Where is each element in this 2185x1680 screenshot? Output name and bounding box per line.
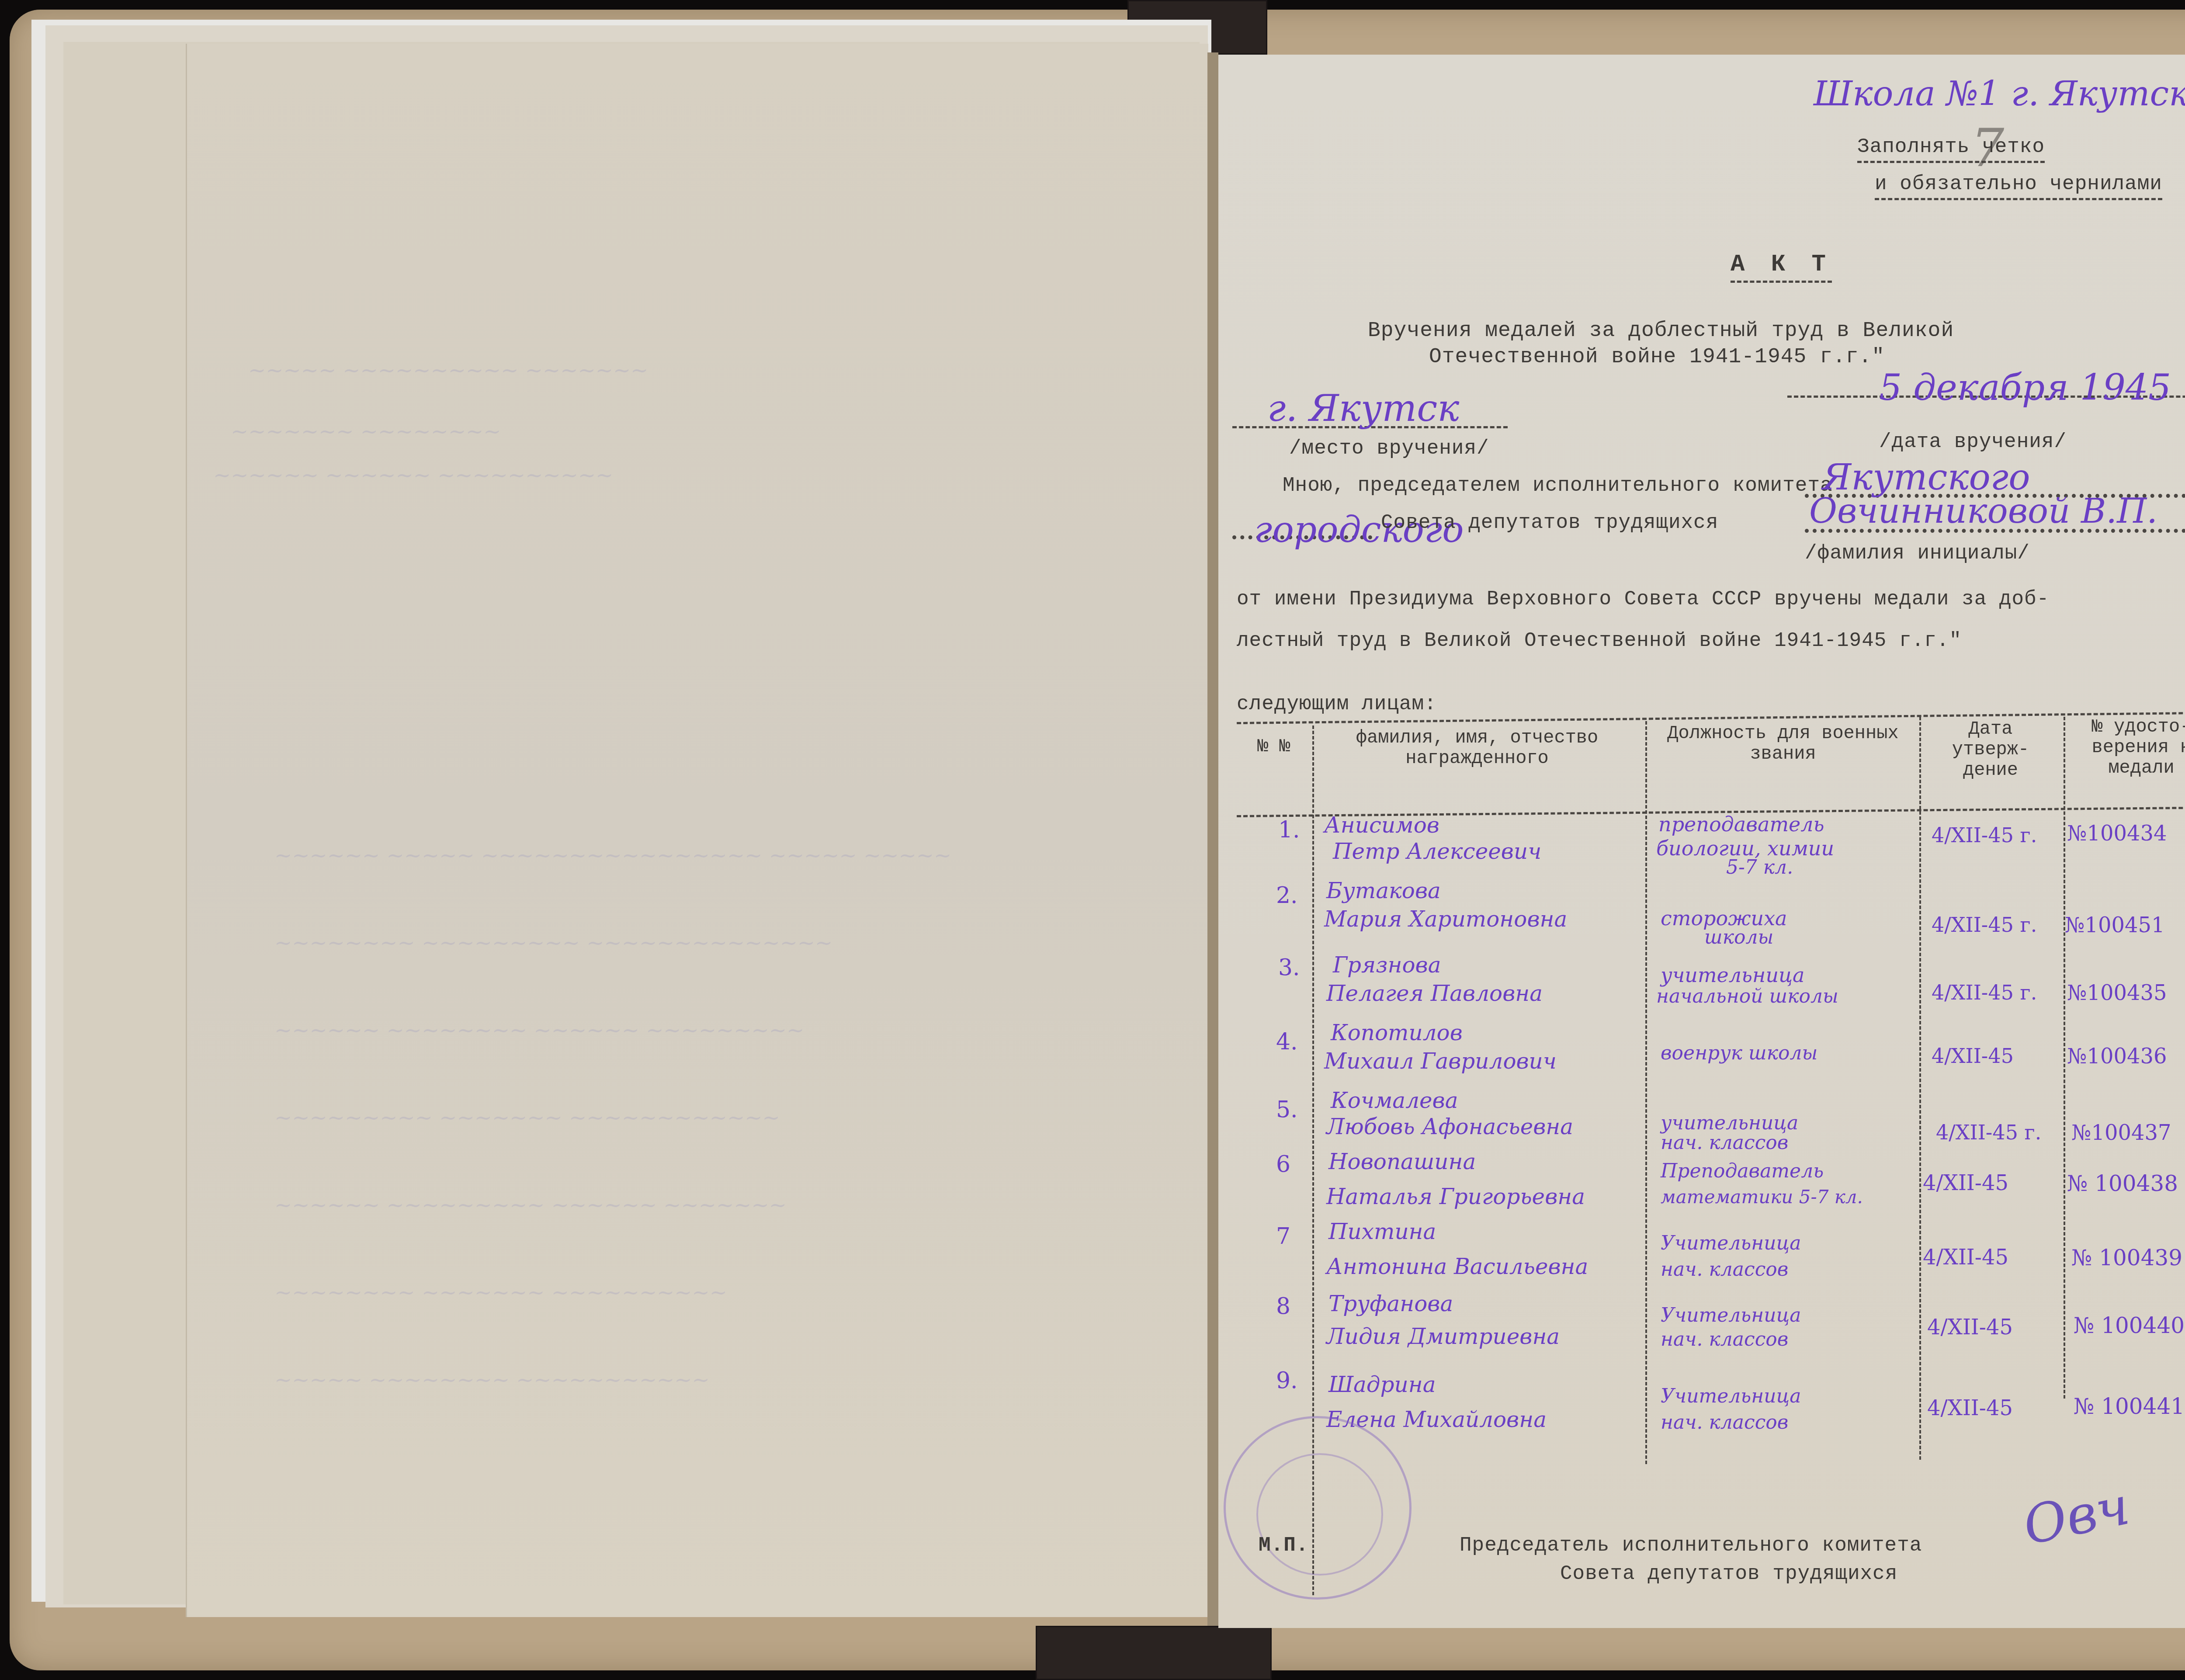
awardee-position: Учительница	[1661, 1385, 1801, 1408]
awardee-given-names: Наталья Григорьевна	[1326, 1184, 1585, 1210]
header-date: Дата утверж-дение	[1925, 719, 2056, 781]
signature-caption-line-2: Совета депутатов трудящихся	[1560, 1562, 1897, 1585]
header-certificate: № удосто-верения к медали	[2067, 717, 2185, 778]
row-number: 2.	[1276, 883, 1298, 909]
date-label: /дата вручения/	[1879, 430, 2067, 453]
seal-inner-ring	[1256, 1453, 1383, 1576]
approval-date: 4/XII-45	[1923, 1246, 2008, 1270]
awardee-surname: Новопашина	[1328, 1149, 1476, 1175]
awardee-position: нач. классов	[1661, 1259, 1788, 1281]
table-column-divider	[2064, 717, 2065, 1399]
bleed-through-text: ~~~~~~ ~~~~~ ~~~~~~~~~~~~~~~~ ~~~~~ ~~~~…	[274, 843, 951, 868]
approval-date: 4/XII-45 г.	[1932, 913, 2037, 937]
date-value: 5 декабря 1945 г.	[1879, 367, 2185, 409]
row-number: 5.	[1276, 1097, 1298, 1123]
awardee-position: Учительница	[1661, 1305, 1801, 1327]
awardee-given-names: Мария Харитоновна	[1324, 907, 1567, 932]
header-name: фамилия, имя, отчество награжденного	[1320, 728, 1634, 769]
awardee-position: математики 5-7 кл.	[1661, 1187, 1863, 1208]
seal-place-label: М.П.	[1259, 1534, 1308, 1557]
awardee-surname: Кочмалева	[1331, 1088, 1458, 1114]
awardee-position: нач. классов	[1661, 1132, 1788, 1154]
body-line-1: Мною, председателем исполнительного коми…	[1283, 474, 1833, 497]
bleed-through-text: ~~~~~~ ~~~~~~~~ ~~~~~~ ~~~~~~~~~	[274, 1018, 804, 1043]
instruction-line-1: Заполнять четко	[1857, 135, 2045, 163]
awardee-position: Учительница	[1661, 1232, 1801, 1255]
body-line-2: Совета депутатов трудящихся	[1381, 511, 1718, 534]
row-number: 6	[1276, 1152, 1290, 1178]
awardee-surname: Шадрина	[1328, 1372, 1436, 1398]
certificate-number: № 100441.	[2074, 1394, 2185, 1420]
row-number: 3.	[1278, 955, 1300, 981]
approval-date: 4/XII-45 г.	[1932, 981, 2037, 1004]
header-num: № №	[1241, 736, 1307, 757]
bleed-through-text: ~~~~~ ~~~~~~~~ ~~~~~~~~~~~	[274, 1368, 710, 1392]
awardee-position: учительница	[1661, 1112, 1798, 1135]
bleed-through-text: ~~~~~~~ ~~~~~~~~	[231, 420, 501, 444]
awardee-surname: Грязнова	[1333, 953, 1441, 978]
approval-date: 4/XII-45	[1923, 1171, 2008, 1195]
name-label: /фамилия инициалы/	[1805, 542, 2030, 565]
table-column-divider	[1645, 721, 1647, 1464]
awardee-position: учительница	[1661, 964, 1805, 987]
awardee-position: преподаватель	[1658, 813, 1824, 836]
subtitle-line-2: Отечественной войне 1941-1945 г.г."	[1429, 345, 1885, 369]
awardee-given-names: Пелагея Павловна	[1326, 981, 1543, 1007]
body-line-4: лестный труд в Великой Отечественной вой…	[1237, 629, 1962, 652]
instruction-line-2: и обязательно чернилами	[1875, 173, 2162, 200]
document-title: А К Т	[1731, 251, 1832, 283]
awardee-given-names: Михаил Гаврилович	[1324, 1049, 1557, 1074]
bleed-through-text: ~~~~~~ ~~~~~~~~~ ~~~~~~ ~~~~~~~	[274, 1193, 787, 1218]
awardee-position: начальной школы	[1656, 986, 1838, 1008]
awardee-position: Преподаватель	[1661, 1160, 1824, 1183]
body-line-3: от имени Президиума Верховного Совета СС…	[1237, 588, 2049, 611]
row-number: 9.	[1276, 1368, 1298, 1394]
bleed-through-text: ~~~~~~~~~ ~~~~~~~ ~~~~~~~~~~~~	[274, 1106, 780, 1130]
awardee-surname: Труфанова	[1328, 1291, 1453, 1317]
table-column-divider	[1919, 717, 1921, 1460]
certificate-number: №100451	[2065, 913, 2165, 937]
bleed-through-text: ~~~~~~~~ ~~~~~~~~~ ~~~~~~~~~~~~~~	[274, 931, 832, 955]
bleed-through-text: ~~~~~~ ~~~~~~ ~~~~~~~~~~	[213, 463, 613, 488]
approval-date: 4/XII-45 г.	[1936, 1121, 2041, 1144]
row-number: 1.	[1278, 817, 1300, 843]
awardee-given-names: Лидия Дмитриевна	[1326, 1324, 1560, 1350]
certificate-number: № 100438	[2067, 1171, 2178, 1197]
spine-strap-bottom	[1036, 1626, 1272, 1680]
awardee-position: школы	[1704, 927, 1773, 949]
awardee-surname: Копотилов	[1331, 1020, 1463, 1046]
awardee-given-names: Антонина Васильевна	[1326, 1254, 1588, 1280]
subtitle-line-1: Вручения медалей за доблестный труд в Ве…	[1368, 319, 1954, 343]
awardee-given-names: Любовь Афонасьевна	[1326, 1114, 1573, 1140]
awardee-position: 5-7 кл.	[1726, 857, 1793, 879]
awardee-surname: Бутакова	[1326, 878, 1441, 904]
place-label: /место вручения/	[1289, 437, 1489, 460]
awardee-position: нач. классов	[1661, 1412, 1788, 1434]
awardee-given-names: Петр Алексеевич	[1333, 839, 1541, 864]
bleed-through-text: ~~~~~ ~~~~~~~~~~ ~~~~~~~	[248, 358, 648, 383]
row-number: 4.	[1276, 1029, 1298, 1055]
certificate-number: № 100440	[2074, 1313, 2185, 1339]
place-value: г. Якутск	[1267, 387, 1459, 430]
approval-date: 4/XII-45	[1932, 1045, 2014, 1068]
awardee-position: военрук школы	[1661, 1042, 1817, 1065]
approval-date: 4/XII-45	[1927, 1396, 2013, 1420]
book-gutter	[1207, 52, 1218, 1626]
approval-date: 4/XII-45	[1927, 1316, 2013, 1340]
awardee-position: нач. классов	[1661, 1329, 1788, 1351]
header-position: Должность для военных звания	[1656, 723, 1910, 764]
signature-caption-line-1: Председатель исполнительного комитета	[1460, 1534, 1922, 1557]
row-number: 8	[1276, 1294, 1290, 1320]
awardee-surname: Анисимов	[1324, 813, 1439, 838]
body-line-5: следующим лицам:	[1237, 693, 1437, 715]
certificate-number: №100434	[2067, 822, 2167, 846]
awardee-surname: Пихтина	[1328, 1219, 1436, 1245]
row-number: 7	[1276, 1224, 1290, 1250]
left-page-blank: ~~~~~ ~~~~~~~~~~ ~~~~~~~ ~~~~~~~ ~~~~~~~…	[186, 44, 1208, 1617]
bleed-through-text: ~~~~~~~~ ~~~~~~~ ~~~~~~~~~~	[274, 1281, 727, 1305]
certificate-number: №100436	[2067, 1045, 2167, 1069]
certificate-number: №100435	[2067, 981, 2167, 1005]
approval-date: 4/XII-45 г.	[1932, 824, 2037, 847]
certificate-number: № 100439	[2071, 1246, 2182, 1271]
chairman-name: Овчинниковой В.П.	[1809, 492, 2157, 531]
school-note: Школа №1 г. Якутска	[1814, 74, 2185, 114]
certificate-number: №100437	[2071, 1121, 2171, 1145]
official-seal-stamp	[1224, 1416, 1412, 1600]
